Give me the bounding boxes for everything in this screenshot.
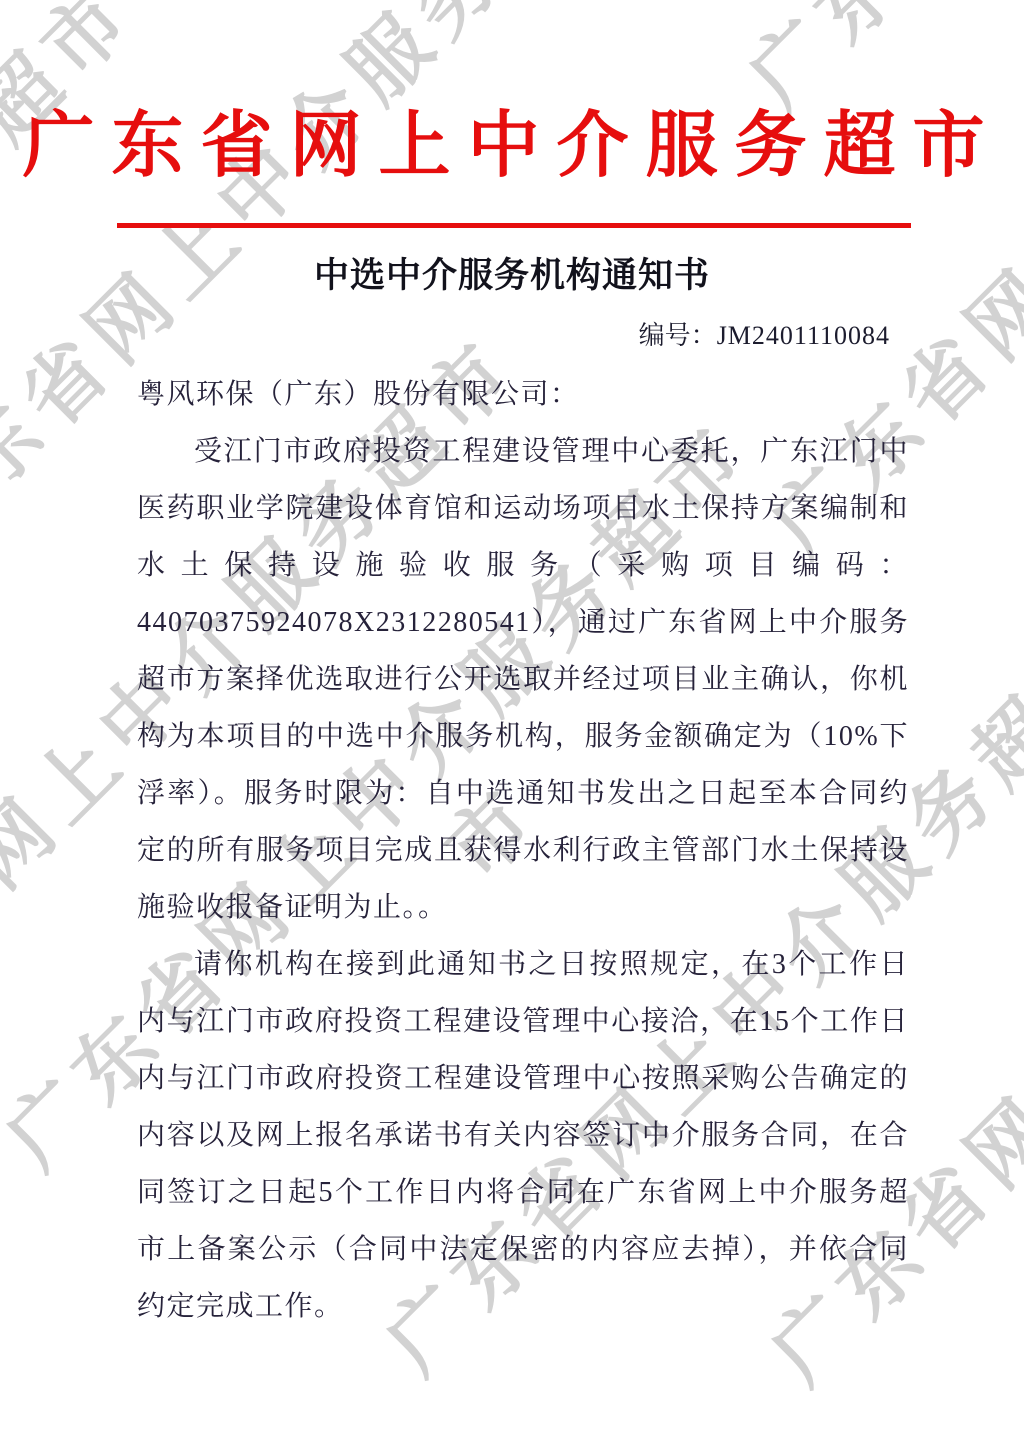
site-title: 广东省网上中介服务超市 xyxy=(0,106,1024,186)
ref-number: JM2401110084 xyxy=(717,321,890,350)
paragraph-instructions: 请你机构在接到此通知书之日按照规定，在3个工作日内与江门市政府投资工程建设管理中… xyxy=(137,936,909,1335)
paragraph-entrust: 受江门市政府投资工程建设管理中心委托，广东江门中医药职业学院建设体育馆和运动场项… xyxy=(137,423,909,936)
header-divider xyxy=(117,223,911,228)
recipient-line: 粤风环保（广东）股份有限公司： xyxy=(137,366,909,423)
ref-number-line: 编号：JM2401110084 xyxy=(639,320,890,352)
document-body: 粤风环保（广东）股份有限公司： 受江门市政府投资工程建设管理中心委托，广东江门中… xyxy=(137,366,909,1335)
document-page: 广东省网上中介服务超市广东省网上中介服务超市广东省网上中介服务超市 广东省网上中… xyxy=(0,0,1024,1446)
doc-title: 中选中介服务机构通知书 xyxy=(0,254,1024,298)
ref-label: 编号： xyxy=(639,321,717,350)
